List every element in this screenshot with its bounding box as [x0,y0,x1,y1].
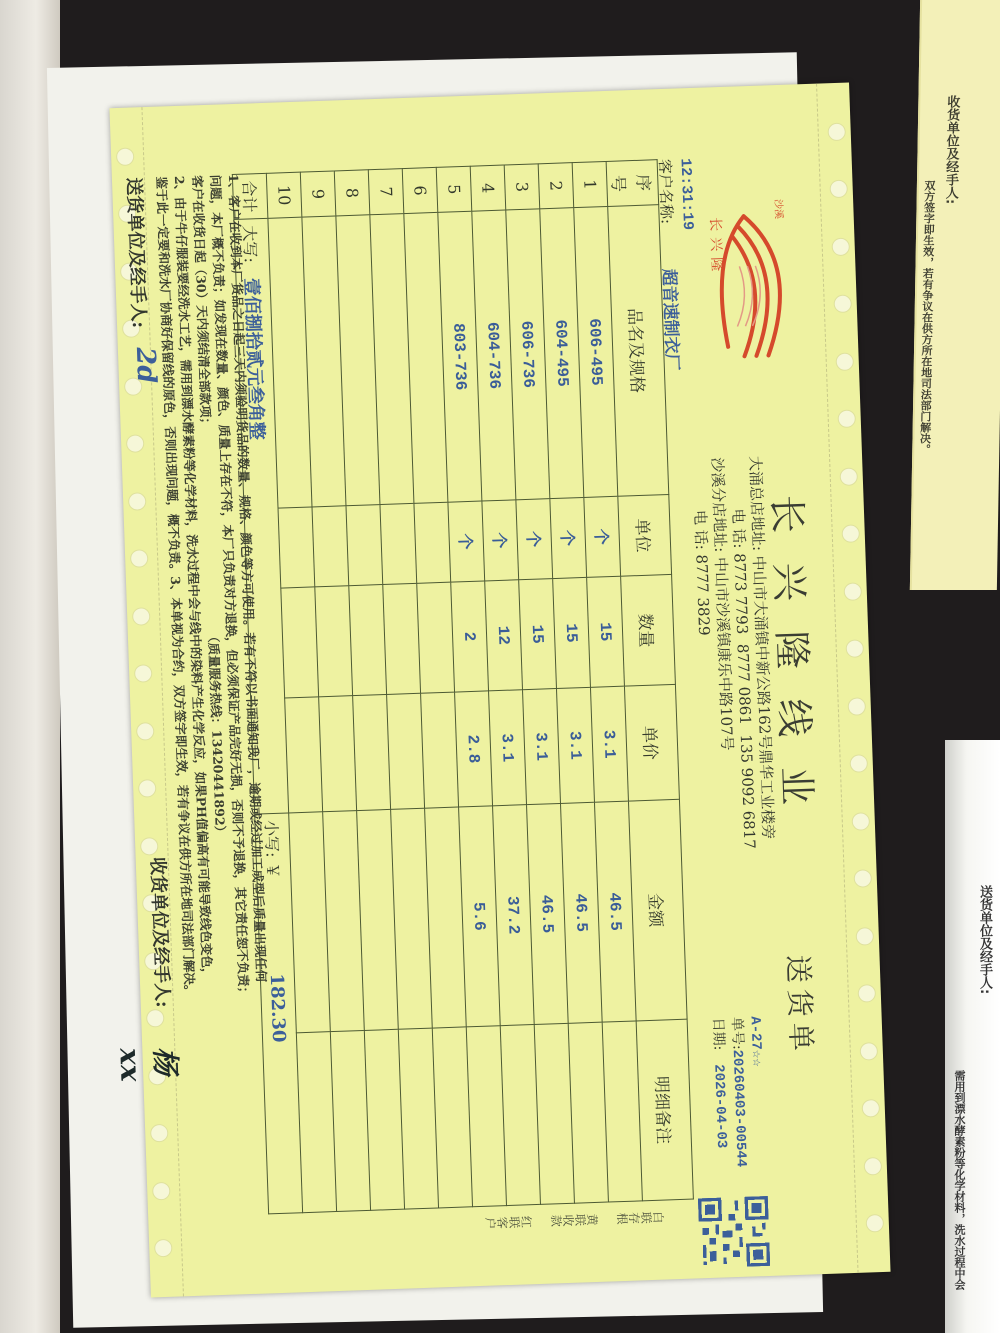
document-type-title: 送货单 [779,954,823,1057]
receiver-signature: 杨xx [113,1046,187,1082]
col-header-note: 明细备注 [636,1019,693,1201]
col-header-no: 序号 [606,160,659,207]
copy-label-yellow: 黄联收款 [550,1212,598,1228]
sender-signature-field: 送货单位及经手人: 2d [122,177,153,328]
branch-phone: 8777 3829 [692,554,713,636]
order-meta: A-27☆☆ 单号:20260403-00544 日期:2026-04-03 [708,1016,769,1168]
delivery-note-form: 沙溪 长兴隆 长兴隆线业 送货单 大涌总店地址: 中山市大涌镇中新公路162号鼎… [152,154,849,1236]
copy-label-white: 白联存根 [616,1210,664,1226]
col-header-item: 品名及规格 [608,205,669,497]
copy-labels: 白联存根 黄联收款 红联客户 [466,1209,695,1237]
col-header-amount: 金额 [628,799,687,1021]
svg-text:沙溪: 沙溪 [772,199,786,219]
col-header-qty: 数量 [621,574,676,686]
background-text: 需用到漂水酵素粉等化学材料，洗水过程中会 [951,1070,967,1290]
background-text: 双方签字即生效，若有争议在供方所在地司法部门解决。 [916,180,937,455]
background-text: 送货单位及经手人: [975,885,994,994]
background-yellow-slip: 收货单位及经手人: 双方签字即生效，若有争议在供方所在地司法部门解决。 [910,0,1000,590]
background-white-slips: 送货单位及经手人: 需用到漂水酵素粉等化学材料，洗水过程中会 [945,740,1000,1333]
col-header-unit: 单位 [618,494,672,576]
background-text: 收货单位及经手人: [941,95,962,204]
sender-signature: 2d [130,347,161,384]
qr-code-icon [698,1196,770,1268]
order-number: 20260403-00544 [729,1049,749,1167]
form-header: 沙溪 长兴隆 长兴隆线业 送货单 大涌总店地址: 中山市大涌镇中新公路162号鼎… [662,154,849,1219]
order-date: 2026-04-03 [710,1064,729,1149]
logo-text: 长兴隆 [706,217,728,278]
delivery-note-sheet: 沙溪 长兴隆 长兴隆线业 送货单 大涌总店地址: 中山市大涌镇中新公路162号鼎… [109,82,890,1297]
receiver-label: 收货单位及经手人: [147,857,173,1008]
copy-label-red: 红联客户 [484,1214,532,1230]
col-header-price: 单价 [624,684,679,801]
receiver-signature-field: 收货单位及经手人: 杨xx [146,857,177,1008]
sender-label: 送货单位及经手人: [123,177,149,328]
items-table: 序号 品名及规格 单位 数量 单价 金额 明细备注 1 606-495 个 15… [232,159,694,1214]
